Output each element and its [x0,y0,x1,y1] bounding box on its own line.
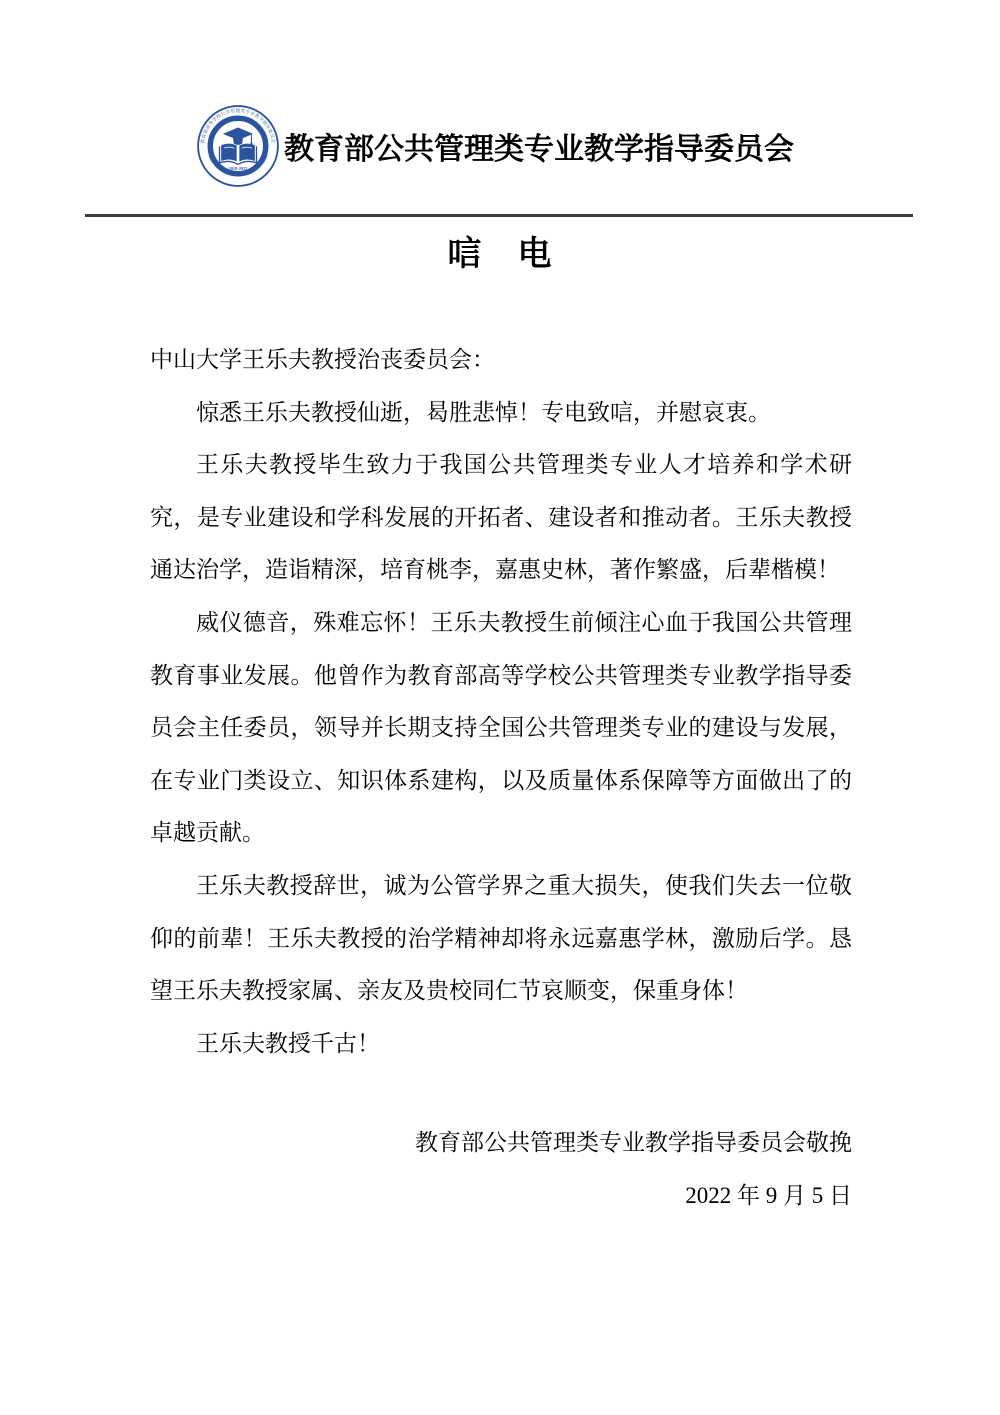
committee-seal-logo: 教育部高等学校公共管理类专业教学指导委员会 Advisory Committee… [196,104,280,188]
condolence-letter-page: 教育部高等学校公共管理类专业教学指导委员会 Advisory Committee… [0,0,1000,1415]
body-paragraph: 王乐夫教授毕生致力于我国公共管理类专业人才培养和学术研究，是专业建设和学科发展的… [150,439,852,597]
closing-block: 教育部公共管理类专业教学指导委员会敬挽 2022 年 9 月 5 日 [150,1117,852,1222]
letter-body: 中山大学王乐夫教授治丧委员会： 惊悉王乐夫教授仙逝，曷胜悲悼！专电致唁，并慰哀衷… [150,334,852,1070]
body-paragraph: 惊悉王乐夫教授仙逝，曷胜悲悼！专电致唁，并慰哀衷。 [150,387,852,440]
document-title: 唁 电 [0,226,1000,275]
signature-line: 教育部公共管理类专业教学指导委员会敬挽 [150,1117,852,1170]
body-paragraph: 王乐夫教授千古！ [150,1018,852,1071]
salutation: 中山大学王乐夫教授治丧委员会： [150,334,852,387]
body-paragraph: 威仪德音，殊难忘怀！王乐夫教授生前倾注心血于我国公共管理教育事业发展。他曾作为教… [150,597,852,860]
letterhead: 教育部高等学校公共管理类专业教学指导委员会 Advisory Committee… [196,104,794,188]
letterhead-divider-line [85,214,913,217]
seal-years-label: 2018-2022 [229,166,248,171]
letterhead-org-name: 教育部公共管理类专业教学指导委员会 [284,124,794,168]
paragraph-list: 惊悉王乐夫教授仙逝，曷胜悲悼！专电致唁，并慰哀衷。王乐夫教授毕生致力于我国公共管… [150,387,852,1071]
date-line: 2022 年 9 月 5 日 [150,1170,852,1223]
body-paragraph: 王乐夫教授辞世，诚为公管学界之重大损失，使我们失去一位敬仰的前辈！王乐夫教授的治… [150,860,852,1018]
